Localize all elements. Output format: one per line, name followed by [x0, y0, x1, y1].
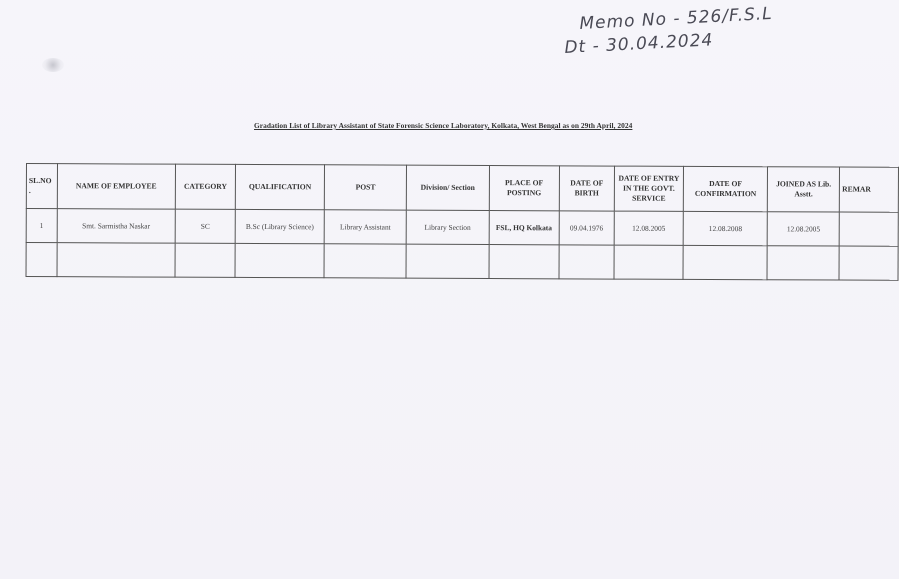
scanned-page: Memo No - 526/F.S.L Dt - 30.04.2024 Grad… [0, 0, 899, 579]
cell-date-of-birth: 09.04.1976 [559, 211, 614, 245]
empty-cell [26, 243, 57, 277]
header-date-of-entry: DATE OF ENTRY IN THE GOVT. SERVICE [614, 166, 683, 211]
cell-qualification: B.Sc (Library Science) [235, 209, 324, 243]
cell-name: Smt. Sarmistha Naskar [57, 209, 175, 244]
header-date-of-confirmation: DATE OF CONFIRMATION [683, 166, 767, 211]
table-row-empty [26, 243, 898, 281]
empty-cell [406, 244, 488, 278]
empty-cell [767, 246, 839, 280]
empty-cell [489, 245, 559, 279]
cell-joined-as-lib-asstt: 12.08.2005 [767, 212, 839, 246]
cell-sl-no: 1 [26, 209, 57, 243]
header-joined-as-lib-asstt: JOINED AS Lib. Asstt. [767, 167, 839, 212]
empty-cell [175, 243, 235, 277]
header-remarks: REMAR [840, 167, 899, 212]
empty-cell [559, 245, 614, 279]
header-division-section: Division/ Section [407, 165, 489, 210]
empty-cell [614, 245, 683, 279]
document-title: Gradation List of Library Assistant of S… [254, 121, 632, 130]
header-qualification: QUALIFICATION [236, 164, 325, 209]
empty-cell [683, 245, 767, 279]
gradation-list-table: SL.NO . NAME OF EMPLOYEE CATEGORY QUALIF… [26, 163, 899, 281]
header-place-of-posting: PLACE OF POSTING [489, 166, 559, 211]
cell-category: SC [175, 209, 235, 243]
table-row: 1 Smt. Sarmistha Naskar SC B.Sc (Library… [26, 209, 898, 247]
cell-division-section: Library Section [406, 210, 488, 244]
cell-date-of-confirmation: 12.08.2008 [683, 211, 767, 245]
handwritten-memo-date: Dt - 30.04.2024 [564, 30, 714, 58]
header-sl-no: SL.NO . [26, 164, 57, 209]
cell-remarks [839, 212, 898, 246]
scan-smudge [42, 58, 64, 72]
header-name-of-employee: NAME OF EMPLOYEE [57, 164, 175, 210]
header-category: CATEGORY [175, 164, 236, 209]
empty-cell [57, 243, 175, 278]
empty-cell [324, 244, 406, 278]
header-date-of-birth: DATE OF BIRTH [559, 166, 614, 211]
empty-cell [235, 243, 324, 277]
handwritten-memo-number: Memo No - 526/F.S.L [579, 4, 773, 34]
cell-post: Library Assistant [324, 210, 406, 244]
table-header-row: SL.NO . NAME OF EMPLOYEE CATEGORY QUALIF… [26, 164, 898, 213]
empty-cell [839, 246, 898, 280]
cell-place-of-posting: FSL, HQ Kolkata [489, 211, 559, 245]
header-post: POST [324, 165, 406, 210]
cell-date-of-entry: 12.08.2005 [614, 211, 683, 245]
